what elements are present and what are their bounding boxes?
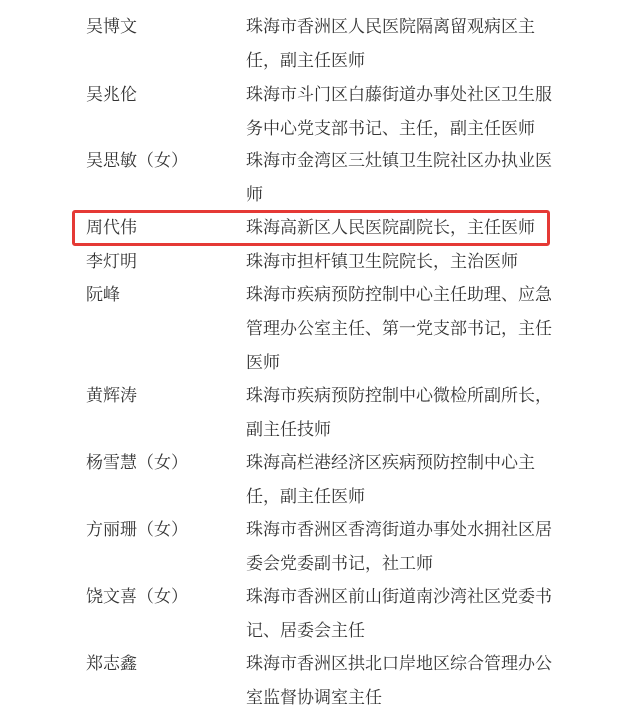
title-line: 任，副主任医师 <box>246 44 556 78</box>
title-line: 师 <box>246 178 556 212</box>
person-title: 珠海市疾病预防控制中心微检所副所长， 副主任技师 <box>246 379 556 447</box>
person-name: 饶文喜（女） <box>86 580 188 614</box>
title-line: 珠海高新区人民医院副院长，主任医师 <box>246 211 566 245</box>
title-line: 珠海市担杆镇卫生院院长，主治医师 <box>246 245 556 279</box>
person-title: 珠海市疾病预防控制中心主任助理、应急 管理办公室主任、第一党支部书记，主任 医师 <box>246 278 556 380</box>
person-name: 郑志鑫 <box>86 647 137 681</box>
title-line: 珠海市香洲区前山街道南沙湾社区党委书 <box>246 580 556 614</box>
title-line: 医师 <box>246 346 556 380</box>
person-name: 黄辉涛 <box>86 379 137 413</box>
person-name: 阮峰 <box>86 278 120 312</box>
title-line: 珠海市香洲区人民医院隔离留观病区主 <box>246 10 556 44</box>
title-line: 记、居委会主任 <box>246 614 556 648</box>
title-line: 管理办公室主任、第一党支部书记，主任 <box>246 312 556 346</box>
person-title: 珠海市香洲区拱北口岸地区综合管理办公 室监督协调室主任 <box>246 647 556 711</box>
person-name: 吴思敏（女） <box>86 144 188 178</box>
person-name: 李灯明 <box>86 245 137 279</box>
person-title: 珠海高新区人民医院副院长，主任医师 <box>246 211 566 245</box>
title-line: 珠海市金湾区三灶镇卫生院社区办执业医 <box>246 144 556 178</box>
person-name: 吴兆伦 <box>86 78 137 112</box>
title-line: 任，副主任医师 <box>246 480 556 514</box>
person-title: 珠海市香洲区前山街道南沙湾社区党委书 记、居委会主任 <box>246 580 556 648</box>
title-line: 务中心党支部书记、主任，副主任医师 <box>246 112 556 146</box>
title-line: 副主任技师 <box>246 413 556 447</box>
title-line: 委会党委副书记，社工师 <box>246 547 556 581</box>
person-name: 吴博文 <box>86 10 137 44</box>
person-title: 珠海市金湾区三灶镇卫生院社区办执业医 师 <box>246 144 556 212</box>
person-title: 珠海市担杆镇卫生院院长，主治医师 <box>246 245 556 279</box>
title-line: 室监督协调室主任 <box>246 681 556 711</box>
person-name: 杨雪慧（女） <box>86 446 188 480</box>
title-line: 珠海高栏港经济区疾病预防控制中心主 <box>246 446 556 480</box>
title-line: 珠海市斗门区白藤街道办事处社区卫生服 <box>246 78 556 112</box>
title-line: 珠海市香洲区香湾街道办事处水拥社区居 <box>246 513 556 547</box>
person-name: 周代伟 <box>86 211 137 245</box>
title-line: 珠海市疾病预防控制中心微检所副所长， <box>246 379 556 413</box>
person-title: 珠海市香洲区人民医院隔离留观病区主 任，副主任医师 <box>246 10 556 78</box>
person-name: 方丽珊（女） <box>86 513 188 547</box>
person-title: 珠海市斗门区白藤街道办事处社区卫生服 务中心党支部书记、主任，副主任医师 <box>246 78 556 146</box>
title-line: 珠海市疾病预防控制中心主任助理、应急 <box>246 278 556 312</box>
person-title: 珠海高栏港经济区疾病预防控制中心主 任，副主任医师 <box>246 446 556 514</box>
title-line: 珠海市香洲区拱北口岸地区综合管理办公 <box>246 647 556 681</box>
person-title: 珠海市香洲区香湾街道办事处水拥社区居 委会党委副书记，社工师 <box>246 513 556 581</box>
